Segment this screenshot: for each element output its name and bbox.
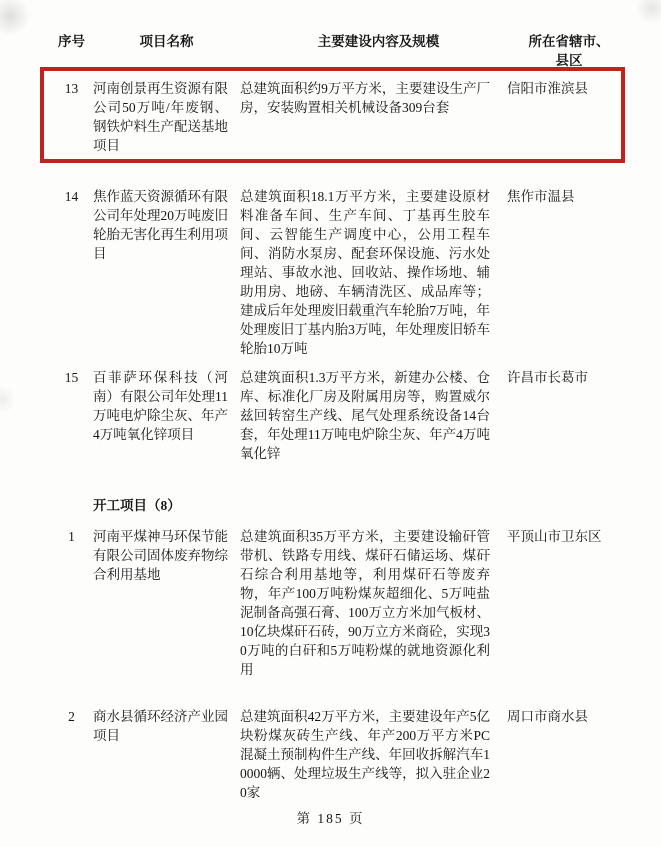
header-col-project-name: 项目名称 [93, 32, 240, 51]
row-number: 14 [0, 187, 93, 206]
project-name: 焦作蓝天资源循环有限公司年处理20万吨废旧轮胎无害化再生利用项目 [93, 187, 240, 263]
project-name: 河南平煤神马环保节能有限公司固体废弃物综合利用基地 [93, 527, 240, 584]
header-col-content: 主要建设内容及规模 [240, 32, 507, 51]
project-name: 商水县循环经济产业园项目 [93, 707, 240, 745]
construction-content: 总建筑面积35万平方米，主要建设输矸管带机、铁路专用线、煤矸石储运场、煤矸石综合… [240, 527, 507, 679]
location: 焦作市温县 [507, 187, 661, 206]
row-number: 13 [0, 79, 93, 98]
project-name: 河南创景再生资源有限公司50万吨/年废钢、钢铁炉料生产配送基地项目 [93, 79, 240, 155]
header-col-number: 序号 [0, 32, 93, 51]
table-row: 1 河南平煤神马环保节能有限公司固体废弃物综合利用基地 总建筑面积35万平方米，… [0, 527, 661, 679]
header-col-location: 所在省辖市、 县区 [507, 32, 661, 70]
row-number: 1 [0, 527, 93, 546]
document-page: 序号 项目名称 主要建设内容及规模 所在省辖市、 县区 13 河南创景再生资源有… [0, 0, 661, 847]
page-number: 第 185 页 [0, 809, 661, 828]
table-header: 序号 项目名称 主要建设内容及规模 所在省辖市、 县区 [0, 32, 661, 70]
row-number: 15 [0, 368, 93, 387]
construction-content: 总建筑面积42万平方米，主要建设年产5亿块粉煤灰砖生产线、年产200万平方米PC… [240, 707, 507, 802]
row-number: 2 [0, 707, 93, 726]
table-row: 14 焦作蓝天资源循环有限公司年处理20万吨废旧轮胎无害化再生利用项目 总建筑面… [0, 187, 661, 358]
location: 平顶山市卫东区 [507, 527, 661, 546]
location: 许昌市长葛市 [507, 368, 661, 387]
construction-content: 总建筑面积18.1万平方米，主要建设原材料准备车间、生产车间、丁基再生胶车间、云… [240, 187, 507, 358]
construction-content: 总建筑面积约9万平方米，主要建设生产厂房，安装购置相关机械设备309台套 [240, 79, 507, 117]
location: 信阳市淮滨县 [507, 79, 661, 98]
construction-content: 总建筑面积1.3万平方米，新建办公楼、仓库、标准化厂房及附属用房等，购置威尔兹回… [240, 368, 507, 463]
table-row-highlighted: 13 河南创景再生资源有限公司50万吨/年废钢、钢铁炉料生产配送基地项目 总建筑… [0, 79, 661, 155]
table-row: 2 商水县循环经济产业园项目 总建筑面积42万平方米，主要建设年产5亿块粉煤灰砖… [0, 707, 661, 802]
section-title: 开工项目（8） [0, 496, 661, 515]
table-row: 15 百菲萨环保科技（河南）有限公司年处理11万吨电炉除尘灰、年产4万吨氧化锌项… [0, 368, 661, 463]
location: 周口市商水县 [507, 707, 661, 726]
project-name: 百菲萨环保科技（河南）有限公司年处理11万吨电炉除尘灰、年产4万吨氧化锌项目 [93, 368, 240, 444]
